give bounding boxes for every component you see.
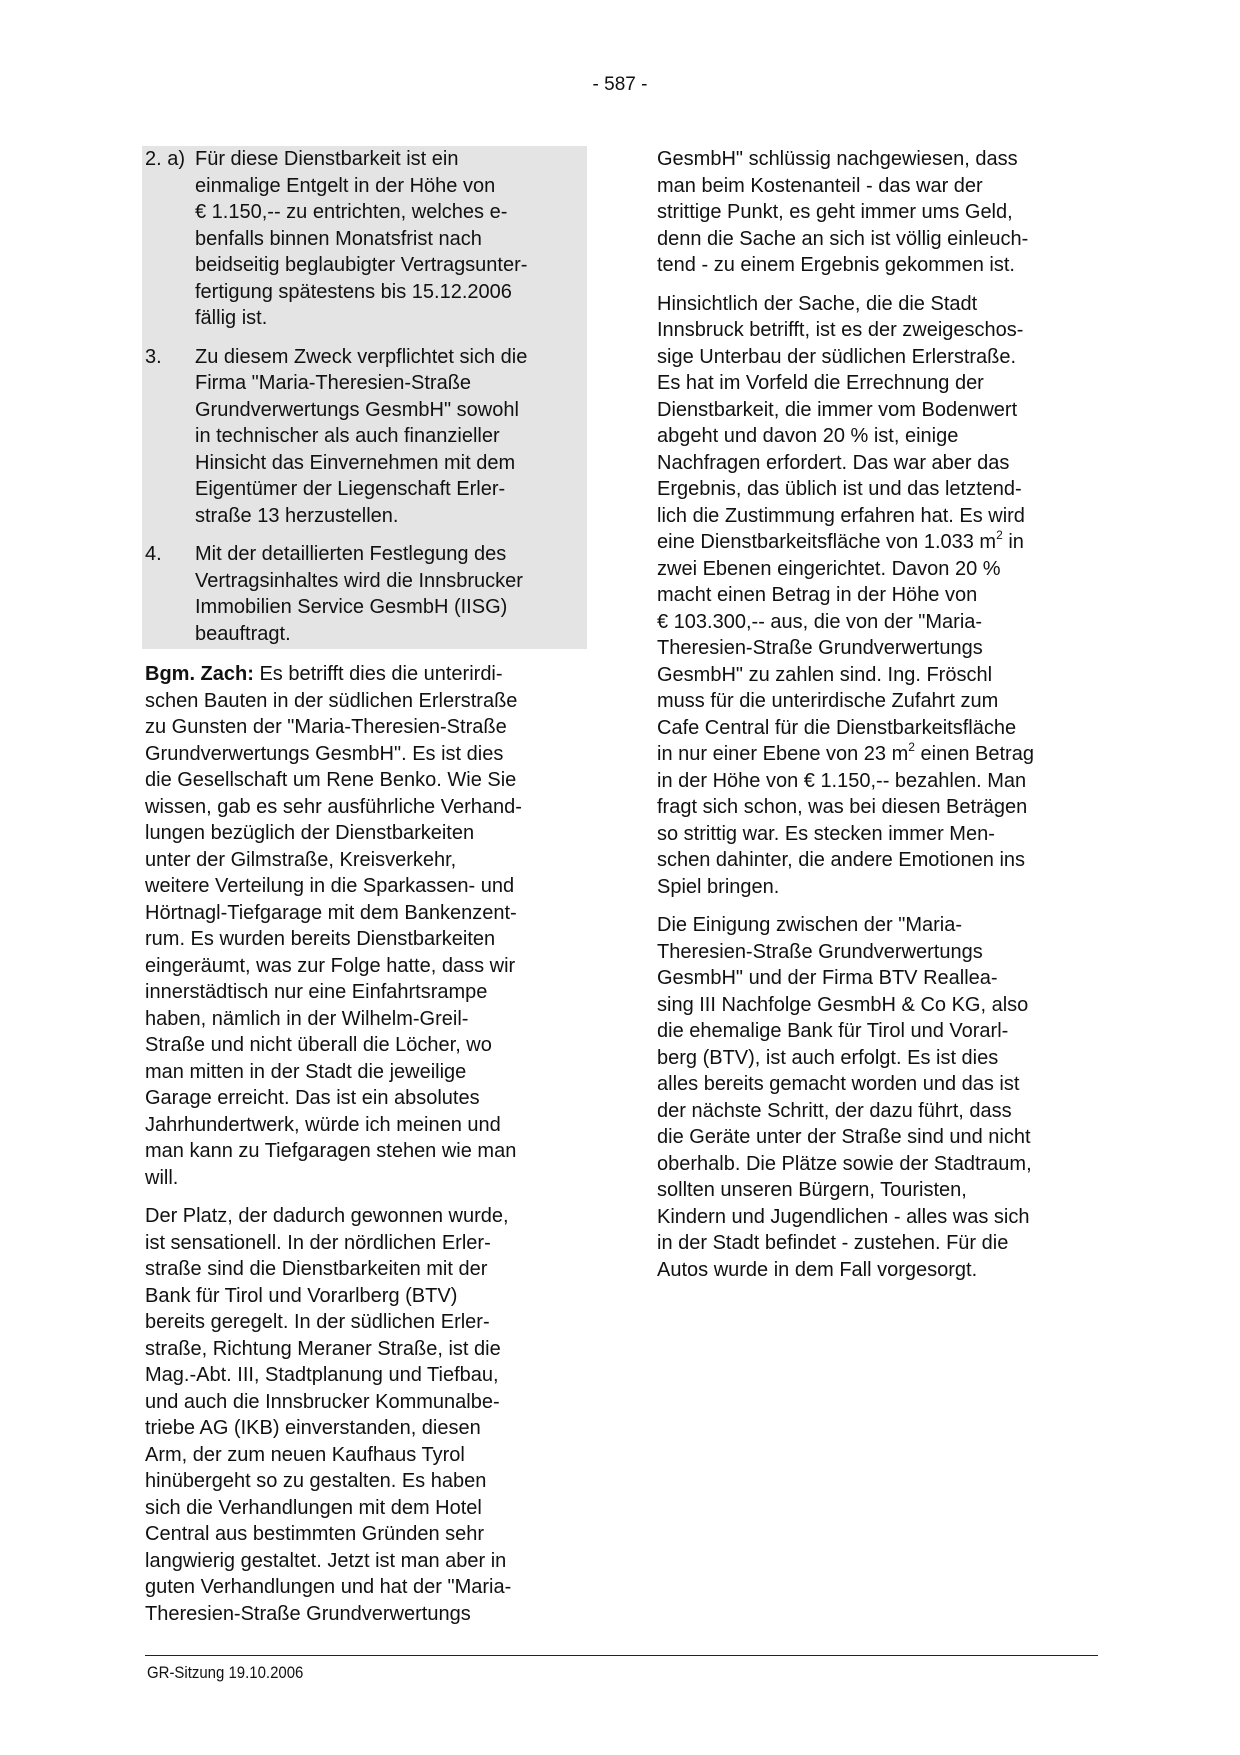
text-line: Jahrhundertwerk, würde ich meinen und bbox=[145, 1112, 585, 1139]
text-line: Mag.-Abt. III, Stadtplanung und Tiefbau, bbox=[145, 1362, 585, 1389]
speaker-name: Bgm. Zach: bbox=[145, 663, 254, 685]
text-line: Theresien-Straße Grundverwertungs bbox=[145, 1601, 585, 1628]
text: in nur einer Ebene von 23 m bbox=[657, 743, 908, 765]
text-line: ist sensationell. In der nördlichen Erle… bbox=[145, 1230, 585, 1257]
text-line: sige Unterbau der südlichen Erlerstraße. bbox=[657, 344, 1097, 371]
text-line: hinübergeht so zu gestalten. Es haben bbox=[145, 1468, 585, 1495]
left-column: 2. a) Für diese Dienstbarkeit ist einein… bbox=[145, 146, 585, 1639]
text-line: fragt sich schon, was bei diesen Beträge… bbox=[657, 794, 1097, 821]
text-line: man kann zu Tiefgaragen stehen wie man bbox=[145, 1138, 585, 1165]
text-line: die Geräte unter der Straße sind und nic… bbox=[657, 1124, 1097, 1151]
text-line: der nächste Schritt, der dazu führt, das… bbox=[657, 1098, 1097, 1125]
item-number: 4. bbox=[145, 541, 195, 647]
text-line: Dienstbarkeit, die immer vom Bodenwert bbox=[657, 397, 1097, 424]
text-line: zwei Ebenen eingerichtet. Davon 20 % bbox=[657, 556, 1097, 583]
text-line: GesmbH" zu zahlen sind. Ing. Fröschl bbox=[657, 662, 1097, 689]
text-line: will. bbox=[145, 1165, 585, 1192]
superscript: 2 bbox=[996, 528, 1003, 542]
text-line: Es hat im Vorfeld die Errechnung der bbox=[657, 370, 1097, 397]
text-line: Theresien-Straße Grundverwertungs bbox=[657, 635, 1097, 662]
resolution-item-2a: 2. a) Für diese Dienstbarkeit ist einein… bbox=[145, 146, 587, 332]
text-line: lich die Zustimmung erfahren hat. Es wir… bbox=[657, 503, 1097, 530]
text-line: oberhalb. Die Plätze sowie der Stadtraum… bbox=[657, 1151, 1097, 1178]
text-line: sich die Verhandlungen mit dem Hotel bbox=[145, 1495, 585, 1522]
item-number: 3. bbox=[145, 344, 195, 530]
text-line: Grundverwertungs GesmbH". Es ist dies bbox=[145, 741, 585, 768]
text-line: Eigentümer der Liegenschaft Erler- bbox=[195, 476, 587, 503]
text-line: Arm, der zum neuen Kaufhaus Tyrol bbox=[145, 1442, 585, 1469]
text-line: Nachfragen erfordert. Das war aber das bbox=[657, 450, 1097, 477]
text-line: abgeht und davon 20 % ist, einige bbox=[657, 423, 1097, 450]
text-line: benfalls binnen Monatsfrist nach bbox=[195, 226, 587, 253]
text-line: straße, Richtung Meraner Straße, ist die bbox=[145, 1336, 585, 1363]
text-line: muss für die unterirdische Zufahrt zum bbox=[657, 688, 1097, 715]
item-text: Zu diesem Zweck verpflichtet sich dieFir… bbox=[195, 344, 587, 530]
text-line: rum. Es wurden bereits Dienstbarkeiten bbox=[145, 926, 585, 953]
resolution-item-3: 3. Zu diesem Zweck verpflichtet sich die… bbox=[145, 344, 587, 530]
paragraph: Hinsichtlich der Sache, die die StadtInn… bbox=[657, 291, 1097, 901]
text-line: GesmbH" und der Firma BTV Realleа- bbox=[657, 965, 1097, 992]
text: einen Betrag bbox=[915, 743, 1034, 765]
text: in bbox=[1003, 531, 1024, 553]
text-line: Central aus bestimmten Gründen sehr bbox=[145, 1521, 585, 1548]
text-line: sing III Nachfolge GesmbH & Co KG, also bbox=[657, 992, 1097, 1019]
text-line: Firma "Maria-Theresien-Straße bbox=[195, 370, 587, 397]
text-line: Theresien-Straße Grundverwertungs bbox=[657, 939, 1097, 966]
text-line: € 103.300,-- aus, die von der "Maria- bbox=[657, 609, 1097, 636]
text-line: Hörtnagl-Tiefgarage mit dem Bankenzent- bbox=[145, 900, 585, 927]
text-line: fällig ist. bbox=[195, 305, 587, 332]
text-line: Mit der detaillierten Festlegung des bbox=[195, 541, 587, 568]
text-line: strittige Punkt, es geht immer ums Geld, bbox=[657, 199, 1097, 226]
text-line: tend - zu einem Ergebnis gekommen ist. bbox=[657, 252, 1097, 279]
text-line: langwierig gestaltet. Jetzt ist man aber… bbox=[145, 1548, 585, 1575]
text-line: einmalige Entgelt in der Höhe von bbox=[195, 173, 587, 200]
text-line: beidseitig beglaubigter Vertragsunter- bbox=[195, 252, 587, 279]
text-line: € 1.150,-- zu entrichten, welches e- bbox=[195, 199, 587, 226]
resolution-box: 2. a) Für diese Dienstbarkeit ist einein… bbox=[142, 146, 587, 649]
text-line: Vertragsinhaltes wird die Innsbrucker bbox=[195, 568, 587, 595]
text-line: Der Platz, der dadurch gewonnen wurde, bbox=[145, 1203, 585, 1230]
text: eine Dienstbarkeitsfläche von 1.033 m bbox=[657, 531, 996, 553]
text-line: guten Verhandlungen und hat der "Maria- bbox=[145, 1574, 585, 1601]
right-column: GesmbH" schlüssig nachgewiesen, dassman … bbox=[657, 146, 1097, 1295]
text-line: unter der Gilmstraße, Kreisverkehr, bbox=[145, 847, 585, 874]
text-line: Cafe Central für die Dienstbarkeitsfläch… bbox=[657, 715, 1097, 742]
text-line: wissen, gab es sehr ausführliche Verhand… bbox=[145, 794, 585, 821]
speech-paragraph: Bgm. Zach: Es betrifft dies die unterird… bbox=[145, 661, 585, 1191]
text-line: Die Einigung zwischen der "Maria- bbox=[657, 912, 1097, 939]
item-text: Für diese Dienstbarkeit ist eineinmalige… bbox=[195, 146, 587, 332]
item-number: 2. a) bbox=[145, 146, 195, 332]
page-number: - 587 - bbox=[0, 74, 1240, 96]
text-line: in der Stadt befindet - zustehen. Für di… bbox=[657, 1230, 1097, 1257]
paragraph: Der Platz, der dadurch gewonnen wurde,is… bbox=[145, 1203, 585, 1627]
text-line: schen dahinter, die andere Emotionen ins bbox=[657, 847, 1097, 874]
resolution-item-4: 4. Mit der detaillierten Festlegung desV… bbox=[145, 541, 587, 647]
footer-session-date: GR-Sitzung 19.10.2006 bbox=[147, 1663, 303, 1683]
text-line: denn die Sache an sich ist völlig einleu… bbox=[657, 226, 1097, 253]
area-line: in nur einer Ebene von 23 m2 einen Betra… bbox=[657, 741, 1097, 768]
text-line: triebe AG (IKB) einverstanden, diesen bbox=[145, 1415, 585, 1442]
text-line: macht einen Betrag in der Höhe von bbox=[657, 582, 1097, 609]
text-line: Straße und nicht überall die Löcher, wo bbox=[145, 1032, 585, 1059]
text-line: berg (BTV), ist auch erfolgt. Es ist die… bbox=[657, 1045, 1097, 1072]
text-line: alles bereits gemacht worden und das ist bbox=[657, 1071, 1097, 1098]
text-line: Ergebnis, das üblich ist und das letzten… bbox=[657, 476, 1097, 503]
area-line: eine Dienstbarkeitsfläche von 1.033 m2 i… bbox=[657, 529, 1097, 556]
text-line: straße sind die Dienstbarkeiten mit der bbox=[145, 1256, 585, 1283]
speech-first-line: Es betrifft dies die unterirdi- bbox=[254, 663, 503, 685]
text-line: und auch die Innsbrucker Kommunalbe- bbox=[145, 1389, 585, 1416]
text-line: Autos wurde in dem Fall vorgesorgt. bbox=[657, 1257, 1097, 1284]
text-line: Zu diesem Zweck verpflichtet sich die bbox=[195, 344, 587, 371]
text-line: sollten unseren Bürgern, Touristen, bbox=[657, 1177, 1097, 1204]
text-line: straße 13 herzustellen. bbox=[195, 503, 587, 530]
text-line: weitere Verteilung in die Sparkassen- un… bbox=[145, 873, 585, 900]
paragraph: Die Einigung zwischen der "Maria-Theresi… bbox=[657, 912, 1097, 1283]
text-line: so strittig war. Es stecken immer Men- bbox=[657, 821, 1097, 848]
text-line: bereits geregelt. In der südlichen Erler… bbox=[145, 1309, 585, 1336]
paragraph-text: zwei Ebenen eingerichtet. Davon 20 %mach… bbox=[657, 556, 1097, 742]
paragraph: GesmbH" schlüssig nachgewiesen, dassman … bbox=[657, 146, 1097, 279]
footer-divider bbox=[145, 1655, 1098, 1656]
text-line: haben, nämlich in der Wilhelm-Greil- bbox=[145, 1006, 585, 1033]
text-line: zu Gunsten der "Maria-Theresien-Straße bbox=[145, 714, 585, 741]
text-line: man beim Kostenanteil - das war der bbox=[657, 173, 1097, 200]
text-line: Für diese Dienstbarkeit ist ein bbox=[195, 146, 587, 173]
speech-text: schen Bauten in der südlichen Erlerstraß… bbox=[145, 688, 585, 1192]
text-line: Garage erreicht. Das ist ein absolutes bbox=[145, 1085, 585, 1112]
text-line: Innsbruck betrifft, ist es der zweigesch… bbox=[657, 317, 1097, 344]
text-line: Hinsicht das Einvernehmen mit dem bbox=[195, 450, 587, 477]
text-line: lungen bezüglich der Dienstbarkeiten bbox=[145, 820, 585, 847]
text-line: schen Bauten in der südlichen Erlerstraß… bbox=[145, 688, 585, 715]
text-line: innerstädtisch nur eine Einfahrtsrampe bbox=[145, 979, 585, 1006]
text-line: GesmbH" schlüssig nachgewiesen, dass bbox=[657, 146, 1097, 173]
text-line: Immobilien Service GesmbH (IISG) bbox=[195, 594, 587, 621]
text-line: man mitten in der Stadt die jeweilige bbox=[145, 1059, 585, 1086]
paragraph-text: in der Höhe von € 1.150,-- bezahlen. Man… bbox=[657, 768, 1097, 901]
text-line: Bank für Tirol und Vorarlberg (BTV) bbox=[145, 1283, 585, 1310]
text-line: Spiel bringen. bbox=[657, 874, 1097, 901]
superscript: 2 bbox=[908, 740, 915, 754]
text-line: Hinsichtlich der Sache, die die Stadt bbox=[657, 291, 1097, 318]
paragraph-text: Hinsichtlich der Sache, die die StadtInn… bbox=[657, 291, 1097, 530]
item-text: Mit der detaillierten Festlegung desVert… bbox=[195, 541, 587, 647]
text-line: Grundverwertungs GesmbH" sowohl bbox=[195, 397, 587, 424]
text-line: in der Höhe von € 1.150,-- bezahlen. Man bbox=[657, 768, 1097, 795]
text-line: beauftragt. bbox=[195, 621, 587, 648]
text-line: fertigung spätestens bis 15.12.2006 bbox=[195, 279, 587, 306]
text-line: die ehemalige Bank für Tirol und Vorarl- bbox=[657, 1018, 1097, 1045]
text-line: Kindern und Jugendlichen - alles was sic… bbox=[657, 1204, 1097, 1231]
text-line: die Gesellschaft um Rene Benko. Wie Sie bbox=[145, 767, 585, 794]
text-line: eingeräumt, was zur Folge hatte, dass wi… bbox=[145, 953, 585, 980]
text-line: in technischer als auch finanzieller bbox=[195, 423, 587, 450]
